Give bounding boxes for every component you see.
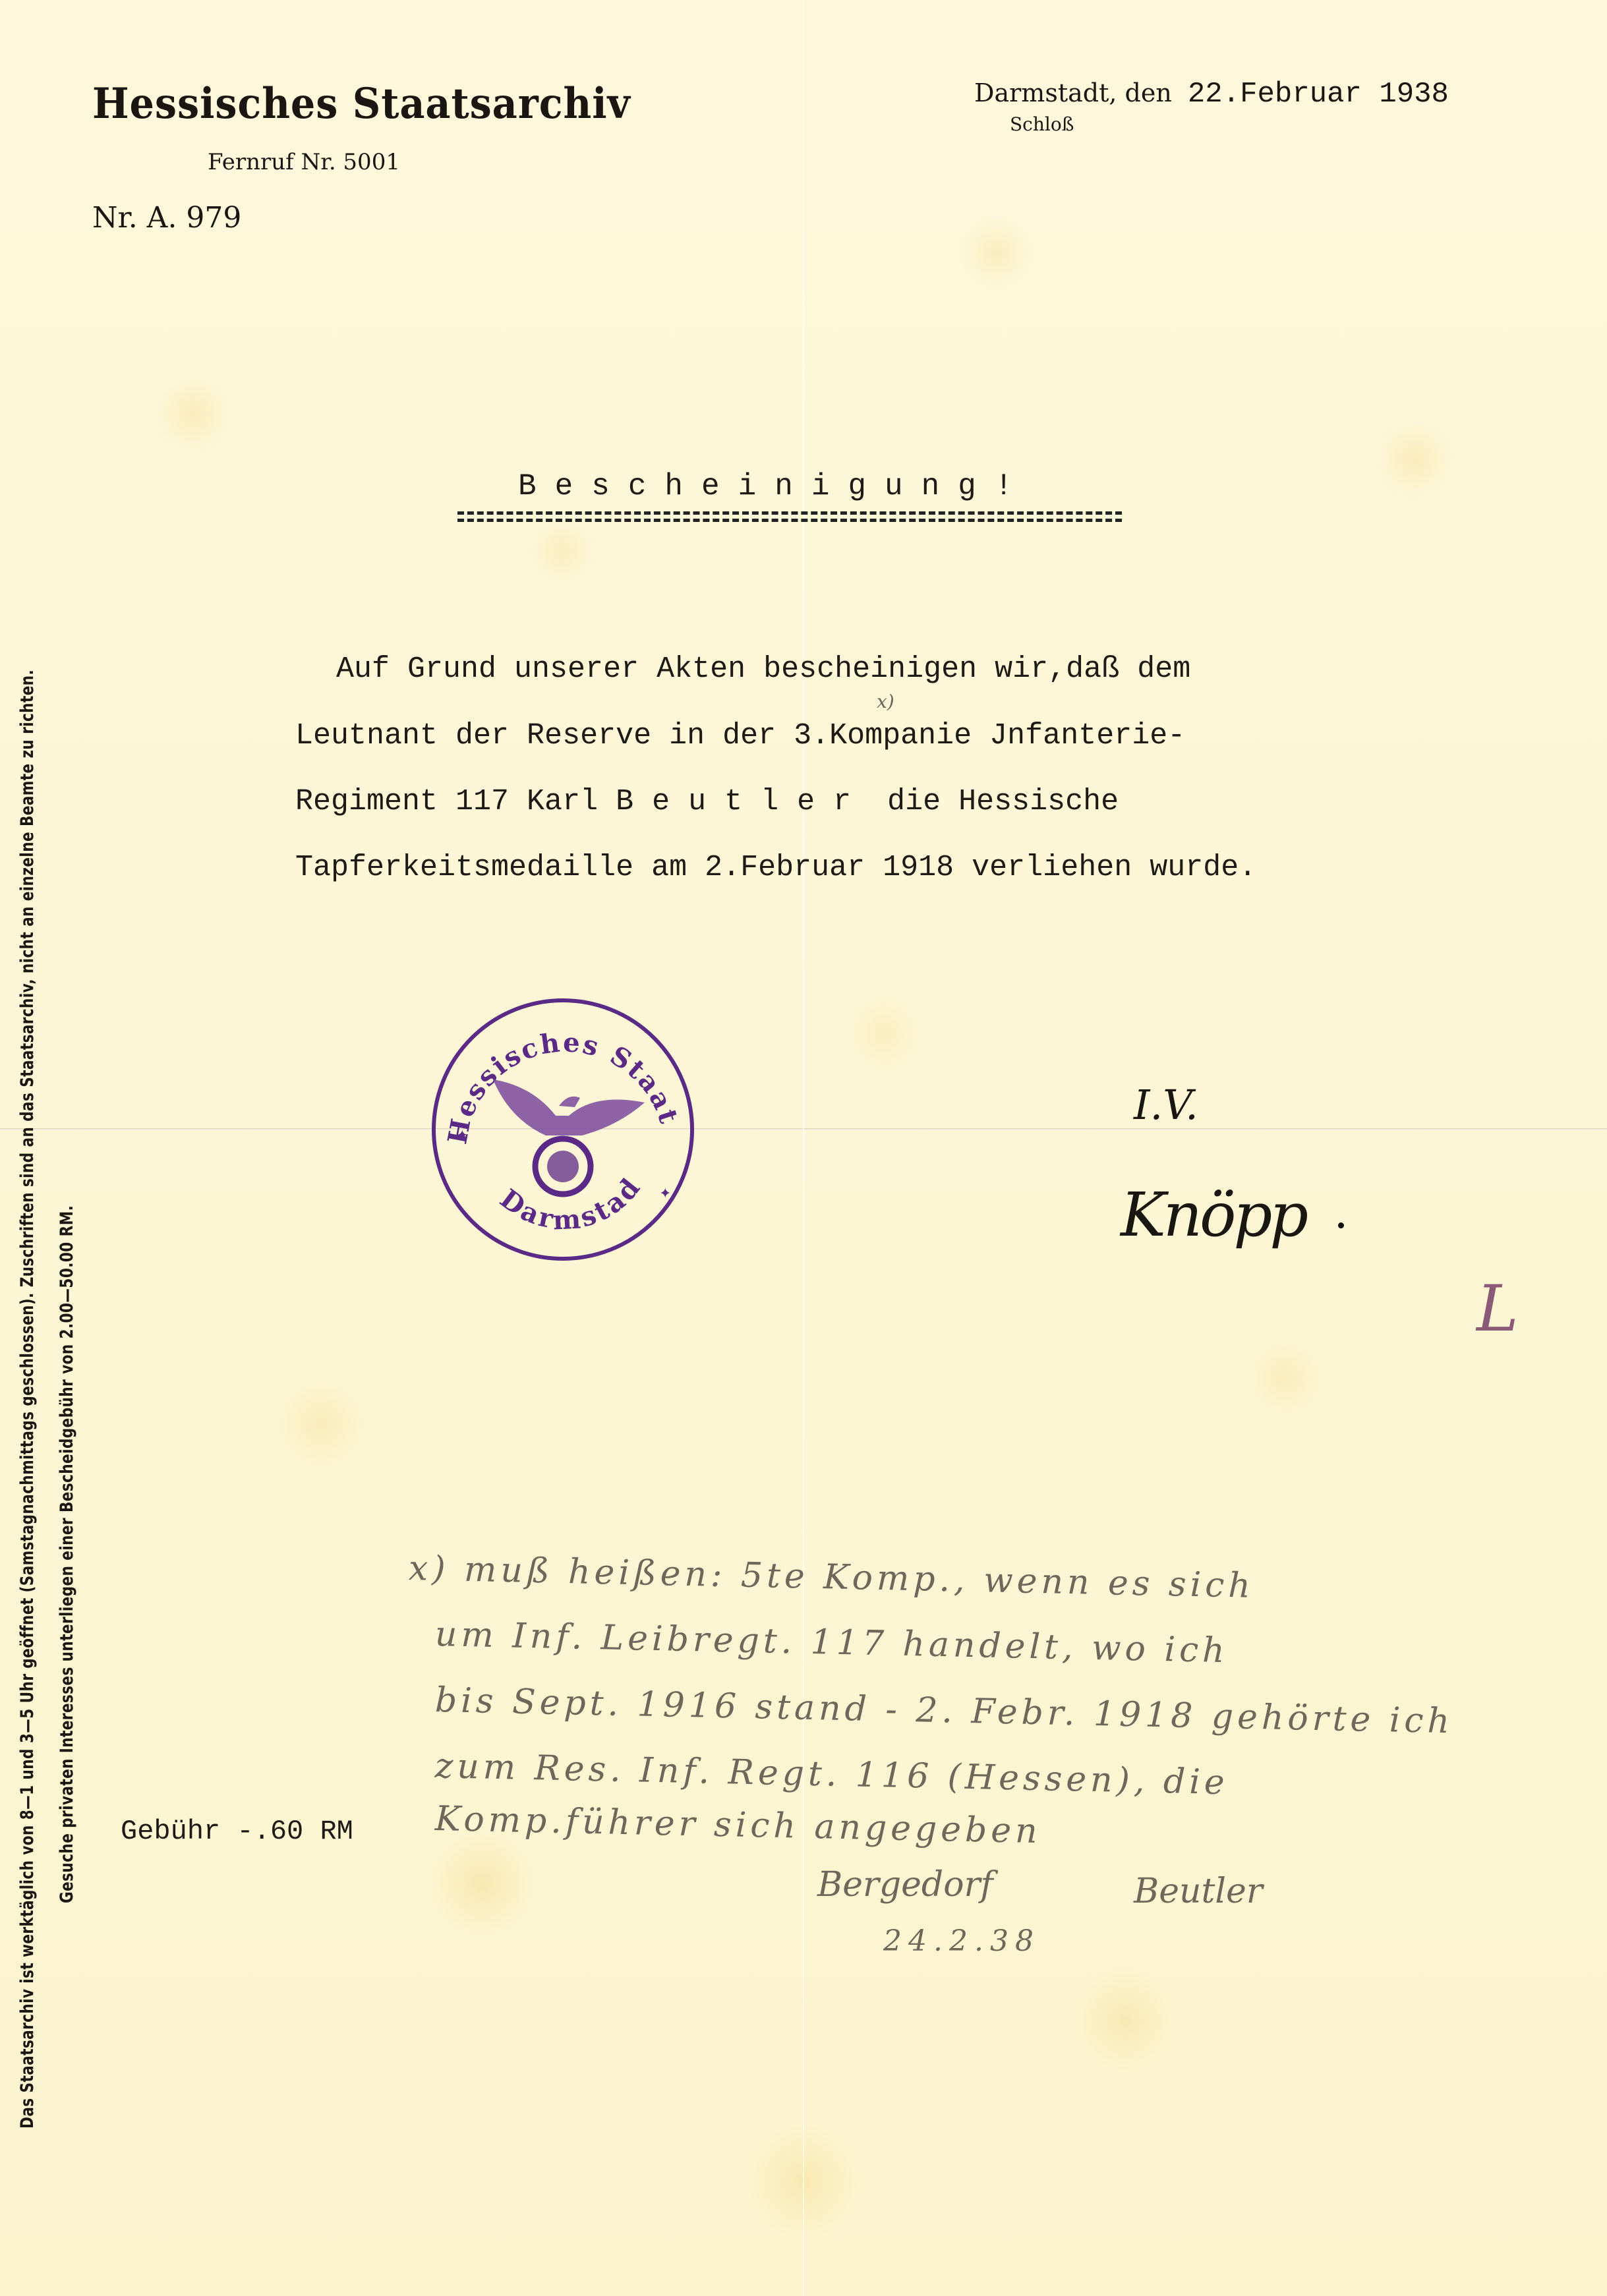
sidebar-notice-line-2: Gesuche privaten Interesses unterliegen … — [57, 1205, 77, 1903]
dateline-date: 22.Februar 1938 — [1188, 78, 1449, 111]
dateline: Darmstadt, den 22.Februar 1938 — [974, 78, 1449, 111]
letterhead-phone: Fernruf Nr. 5001 — [208, 149, 400, 175]
dateline-place: Darmstadt, den — [974, 78, 1172, 107]
recipient-name: Beutler — [616, 785, 869, 818]
handnote-place: Bergedorf — [817, 1865, 993, 1905]
handnote-line-2: um Inf. Leibregt. 117 handelt, wo ich — [434, 1615, 1229, 1671]
stamp-emblem-icon — [547, 1151, 579, 1182]
paper-fold-vertical — [803, 0, 804, 2296]
eagle-emblem-icon — [493, 1079, 645, 1135]
fee-line: Gebühr -.60 RM — [121, 1816, 353, 1847]
insertion-mark: x) — [877, 691, 894, 712]
handnote-line-4: zum Res. Inf. Regt. 116 (Hessen), die — [434, 1746, 1229, 1802]
handnote-line-5: Komp.führer sich angegeben — [434, 1799, 1041, 1851]
document-heading: Bescheinigung! — [518, 469, 1031, 503]
handnote-line-3: bis Sept. 1916 stand - 2. Febr. 1918 geh… — [434, 1680, 1453, 1741]
body-line-4: Tapferkeitsmedaille am 2.Februar 1918 ve… — [295, 851, 1256, 884]
body-line-3-end: die Hessische — [869, 785, 1119, 818]
handnote-date: 24.2.38 — [883, 1924, 1040, 1958]
signature-dot — [1338, 1222, 1344, 1228]
handnote-signature: Beutler — [1134, 1872, 1263, 1911]
dateline-sub-location: Schloß — [1010, 113, 1074, 135]
svg-text:✦: ✦ — [659, 1185, 671, 1201]
handnote-line-1: x) muß heißen: 5te Komp., wenn es sich — [408, 1549, 1254, 1606]
sidebar-notice: Das Staatsarchiv ist werktäglich von 8—1… — [11, 0, 103, 2129]
sidebar-notice-line-1: Das Staatsarchiv ist werktäglich von 8—1… — [17, 670, 38, 2129]
svg-text:✦: ✦ — [456, 1127, 468, 1143]
signature-name: Knöpp — [1121, 1180, 1306, 1250]
body-line-3: Regiment 117 Karl Beutler die Hessische — [295, 785, 1119, 818]
stamp-seal-icon: Hessisches Staatsarchiv Darmstadt ✦ ✦ — [427, 994, 699, 1265]
signature-prefix: I.V. — [1134, 1081, 1198, 1129]
reference-number: Nr. A. 979 — [92, 201, 241, 235]
body-line-3-start: Regiment 117 Karl — [295, 785, 616, 818]
body-line-2: Leutnant der Reserve in der 3.Kompanie J… — [295, 719, 1185, 753]
letterhead-institution: Hessisches Staatsarchiv — [92, 79, 631, 129]
heading-double-rule — [457, 511, 1122, 522]
official-stamp: Hessisches Staatsarchiv Darmstadt ✦ ✦ — [427, 994, 699, 1265]
purple-pencil-mark: L — [1476, 1272, 1519, 1346]
body-line-1: Auf Grund unserer Akten bescheinigen wir… — [336, 652, 1190, 686]
